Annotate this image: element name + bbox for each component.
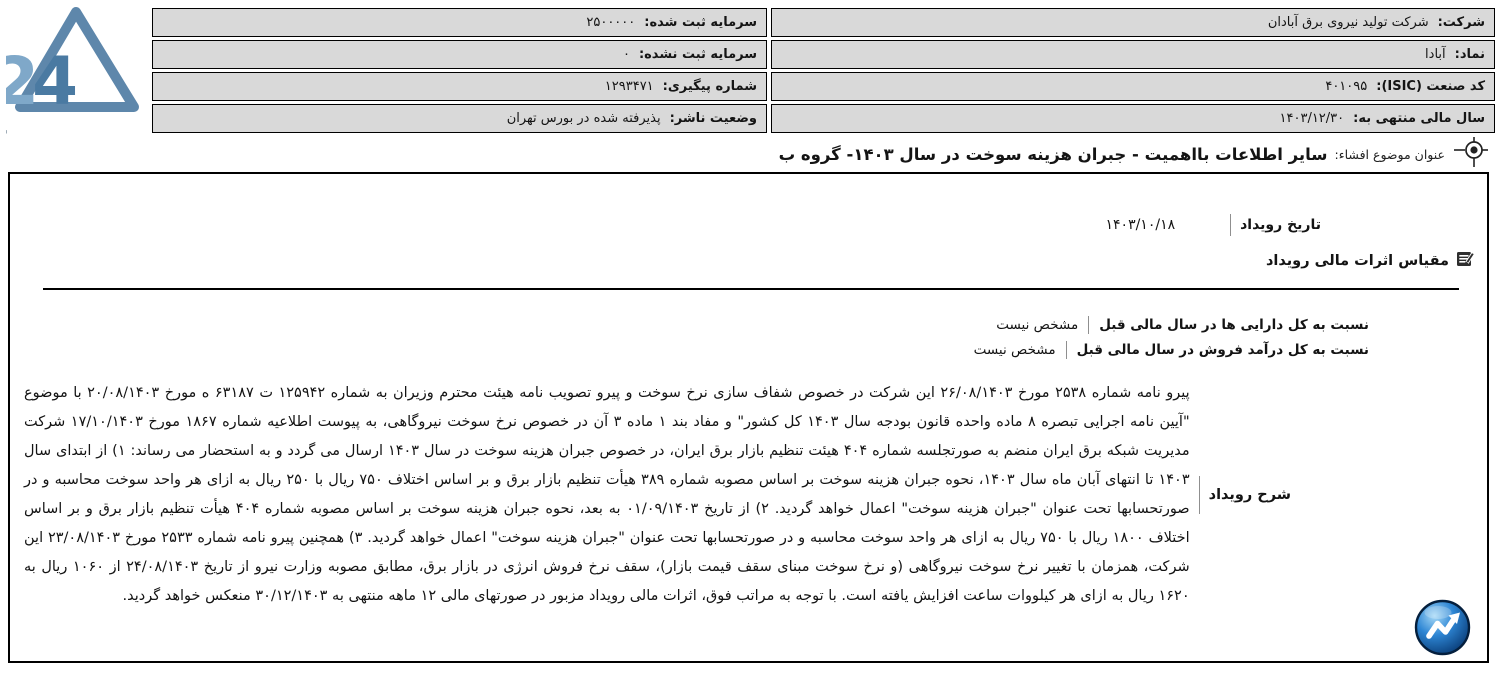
financial-scale-row: مقیاس اثرات مالی رویداد (10, 249, 1475, 272)
row-issuer-status: وضعیت ناشر: پذیرفته شده در بورس تهران (152, 104, 767, 133)
row-symbol: نماد: آبادا (771, 40, 1495, 69)
vertical-divider (1066, 341, 1067, 359)
fiscal-year-label: سال مالی منتهی به: (1353, 111, 1485, 126)
tracking-number-value: ۱۲۹۳۴۷۱ (605, 79, 654, 94)
registered-capital-label: سرمایه ثبت شده: (644, 15, 757, 30)
symbol-label: نماد: (1455, 47, 1485, 62)
disclosure-title-value: سایر اطلاعات بااهمیت - جبران هزینه سوخت … (779, 145, 1328, 164)
codal-logo (1414, 599, 1471, 656)
horizontal-rule (43, 288, 1459, 290)
disclosure-title-line: عنوان موضوع افشاء: سایر اطلاعات بااهمیت … (779, 138, 1490, 170)
row-tracking-number: شماره پیگیری: ۱۲۹۳۴۷۱ (152, 72, 767, 101)
row-isic: کد صنعت (ISIC): ۴۰۱۰۹۵ (771, 72, 1495, 101)
event-description-text: پیرو نامه شماره ۲۵۳۸ مورخ ۲۶/۰۸/۱۴۰۳ این… (10, 379, 1199, 611)
isic-label: کد صنعت (ISIC): (1376, 79, 1485, 94)
company-label: شرکت: (1438, 15, 1485, 30)
disclosure-title-label: عنوان موضوع افشاء: (1335, 147, 1445, 162)
tracking-number-label: شماره پیگیری: (663, 79, 757, 94)
event-date-label: تاریخ رویداد (1240, 217, 1321, 233)
svg-text:2 4: 2 4 (6, 43, 78, 120)
registered-capital-value: ۲۵۰۰۰۰۰ (586, 15, 635, 30)
fiscal-year-value: ۱۴۰۳/۱۲/۳۰ (1280, 111, 1345, 126)
ratio-block: نسبت به کل دارایی ها در سال مالی قبل مشخ… (10, 316, 1369, 359)
crosshair-icon (1452, 136, 1490, 172)
company-info-table: شرکت: شرکت تولید نیروی برق آبادان نماد: … (771, 8, 1495, 136)
event-detail-box: تاریخ رویداد ۱۴۰۳/۱۰/۱۸ مقیاس اثرات مالی… (8, 172, 1489, 663)
symbol-value: آبادا (1425, 47, 1446, 62)
issuer-status-label: وضعیت ناشر: (670, 111, 757, 126)
ratio-row-revenue: نسبت به کل درآمد فروش در سال مالی قبل مش… (10, 341, 1369, 359)
row-registered-capital: سرمایه ثبت شده: ۲۵۰۰۰۰۰ (152, 8, 767, 37)
vertical-divider (1199, 476, 1200, 514)
ratio-assets-label: نسبت به کل دارایی ها در سال مالی قبل (1099, 317, 1369, 333)
codal-sphere-arrow-icon (1414, 599, 1471, 656)
row-company: شرکت: شرکت تولید نیروی برق آبادان (771, 8, 1495, 37)
note-pencil-icon (1456, 249, 1475, 272)
row-fiscal-year: سال مالی منتهی به: ۱۴۰۳/۱۲/۳۰ (771, 104, 1495, 133)
event-description-row: شرح رویداد پیرو نامه شماره ۲۵۳۸ مورخ ۲۶/… (10, 379, 1487, 611)
unregistered-capital-value: ۰ (623, 47, 630, 62)
logo-digit-2: 2 (6, 43, 39, 120)
financial-scale-label: مقیاس اثرات مالی رویداد (1266, 253, 1449, 269)
bourse24-triangle-icon: 2 4 BOURSE24 (6, 4, 154, 146)
vertical-divider (1088, 316, 1089, 334)
vertical-divider (1230, 214, 1231, 236)
row-unregistered-capital: سرمایه ثبت نشده: ۰ (152, 40, 767, 69)
bourse24-wordmark: BOURSE24 (6, 114, 8, 143)
capital-info-table: سرمایه ثبت شده: ۲۵۰۰۰۰۰ سرمایه ثبت نشده:… (152, 8, 767, 136)
event-date-value: ۱۴۰۳/۱۰/۱۸ (1106, 217, 1176, 233)
company-value: شرکت تولید نیروی برق آبادان (1268, 15, 1429, 30)
ratio-revenue-label: نسبت به کل درآمد فروش در سال مالی قبل (1077, 342, 1369, 358)
ratio-row-assets: نسبت به کل دارایی ها در سال مالی قبل مشخ… (10, 316, 1369, 334)
ratio-assets-value: مشخص نیست (996, 317, 1078, 333)
event-description-label: شرح رویداد (1209, 487, 1291, 503)
event-date-row: تاریخ رویداد ۱۴۰۳/۱۰/۱۸ (10, 214, 1321, 236)
issuer-status-value: پذیرفته شده در بورس تهران (507, 111, 661, 126)
disclosure-document: { "brand": { "logo_digit_2": "2", "logo_… (0, 0, 1496, 677)
unregistered-capital-label: سرمایه ثبت نشده: (639, 47, 757, 62)
ratio-revenue-value: مشخص نیست (974, 342, 1056, 358)
isic-value: ۴۰۱۰۹۵ (1325, 79, 1367, 94)
bourse24-logo: 2 4 BOURSE24 (6, 4, 154, 146)
